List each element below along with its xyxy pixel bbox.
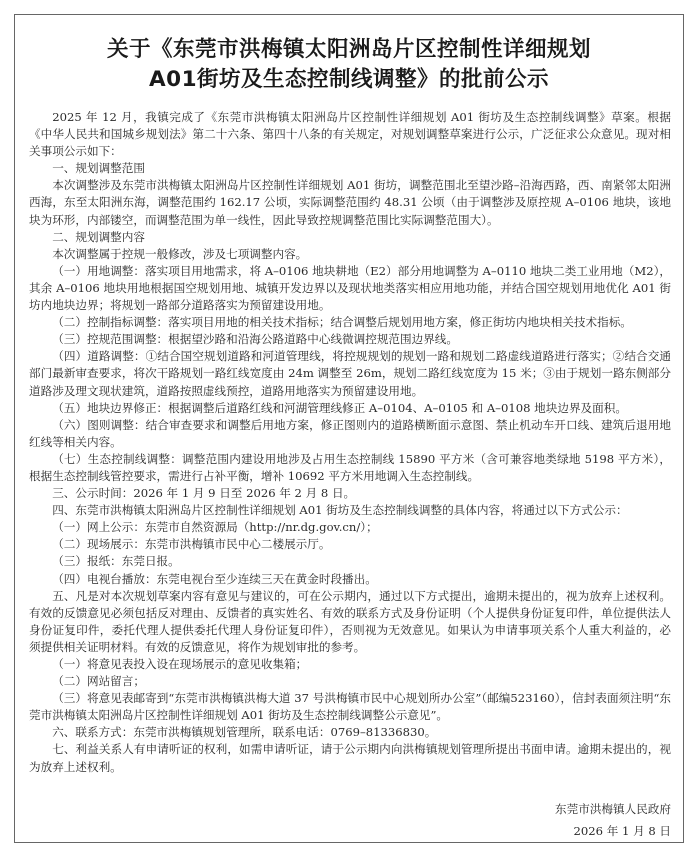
section-4-item-1: （一）网上公示：东莞市自然资源局（http://nr.dg.gov.cn/）；: [29, 519, 671, 536]
section-6-contact: 六、联系方式：东莞市洪梅镇规划管理所，联系电话：0769–81336830。: [29, 724, 671, 741]
section-5-body: 五、凡是对本次规划草案内容有意见与建议的，可在公示期内，通过以下方式提出，逾期未…: [29, 588, 671, 656]
section-2-heading: 二、规划调整内容: [29, 229, 671, 246]
section-7-hearing: 七、利益关系人有申请听证的权利，如需申请听证，请于公示期内向洪梅镇规划管理所提出…: [29, 741, 671, 775]
notice-body: 2025 年 12 月，我镇完成了《东莞市洪梅镇太阳洲岛片区控制性详细规划 A0…: [29, 109, 671, 776]
title-line-1: 关于《东莞市洪梅镇太阳洲岛片区控制性详细规划: [15, 35, 683, 65]
section-4-item-4: （四）电视台播放：东莞电视台至少连续三天在黄金时段播出。: [29, 571, 671, 588]
section-3-period: 三、公示时间：2026 年 1 月 9 日至 2026 年 2 月 8 日。: [29, 485, 671, 502]
signature-date: 2026 年 1 月 8 日: [574, 821, 671, 841]
section-4-heading: 四、东莞市洪梅镇太阳洲岛片区控制性详细规划 A01 街坊及生态控制线调整的具体内…: [29, 502, 671, 519]
signature-issuer: 东莞市洪梅镇人民政府: [555, 799, 671, 819]
section-4-item-2: （二）现场展示：东莞市洪梅镇市民中心二楼展示厅。: [29, 536, 671, 553]
section-4-item-3: （三）报纸：东莞日报。: [29, 553, 671, 570]
section-2-item-2: （二）控制指标调整：落实项目用地的相关技术指标；结合调整后规划用地方案，修正街坊…: [29, 314, 671, 331]
section-2-item-5: （五）地块边界修正：根据调整后道路红线和河湖管理线修正 A–0104、A–010…: [29, 400, 671, 417]
section-2-item-1: （一）用地调整：落实项目用地需求，将 A–0106 地块耕地（E2）部分用地调整…: [29, 263, 671, 314]
section-1-body: 本次调整涉及东莞市洪梅镇太阳洲岛片区控制性详细规划 A01 街坊，调整范围北至望…: [29, 177, 671, 228]
notice-title: 关于《东莞市洪梅镇太阳洲岛片区控制性详细规划 A01街坊及生态控制线调整》的批前…: [15, 35, 683, 95]
intro-paragraph: 2025 年 12 月，我镇完成了《东莞市洪梅镇太阳洲岛片区控制性详细规划 A0…: [29, 109, 671, 160]
section-2-item-3: （三）控规范围调整：根据望沙路和沿海公路道路中心线微调控规范围边界线。: [29, 331, 671, 348]
section-2-item-6: （六）图则调整：结合审查要求和调整后用地方案，修正图则内的道路横断面示意图、禁止…: [29, 417, 671, 451]
section-5-item-1: （一）将意见表投入设在现场展示的意见收集箱；: [29, 656, 671, 673]
section-5-item-2: （二）网站留言；: [29, 673, 671, 690]
section-2-intro: 本次调整属于控规一般修改，涉及七项调整内容。: [29, 246, 671, 263]
title-line-2: A01街坊及生态控制线调整》的批前公示: [15, 65, 683, 95]
section-2-item-4: （四）道路调整：①结合国空规划道路和河道管理线，将控规规划的规划一路和规划二路虚…: [29, 348, 671, 399]
section-5-item-3: （三）将意见表邮寄到“东莞市洪梅镇洪梅大道 37 号洪梅镇市民中心规划所办公室”…: [29, 690, 671, 724]
section-1-heading: 一、规划调整范围: [29, 160, 671, 177]
section-2-item-7: （七）生态控制线调整：调整范围内建设用地涉及占用生态控制线 15890 平方米（…: [29, 451, 671, 485]
notice-frame: 关于《东莞市洪梅镇太阳洲岛片区控制性详细规划 A01街坊及生态控制线调整》的批前…: [14, 14, 684, 843]
